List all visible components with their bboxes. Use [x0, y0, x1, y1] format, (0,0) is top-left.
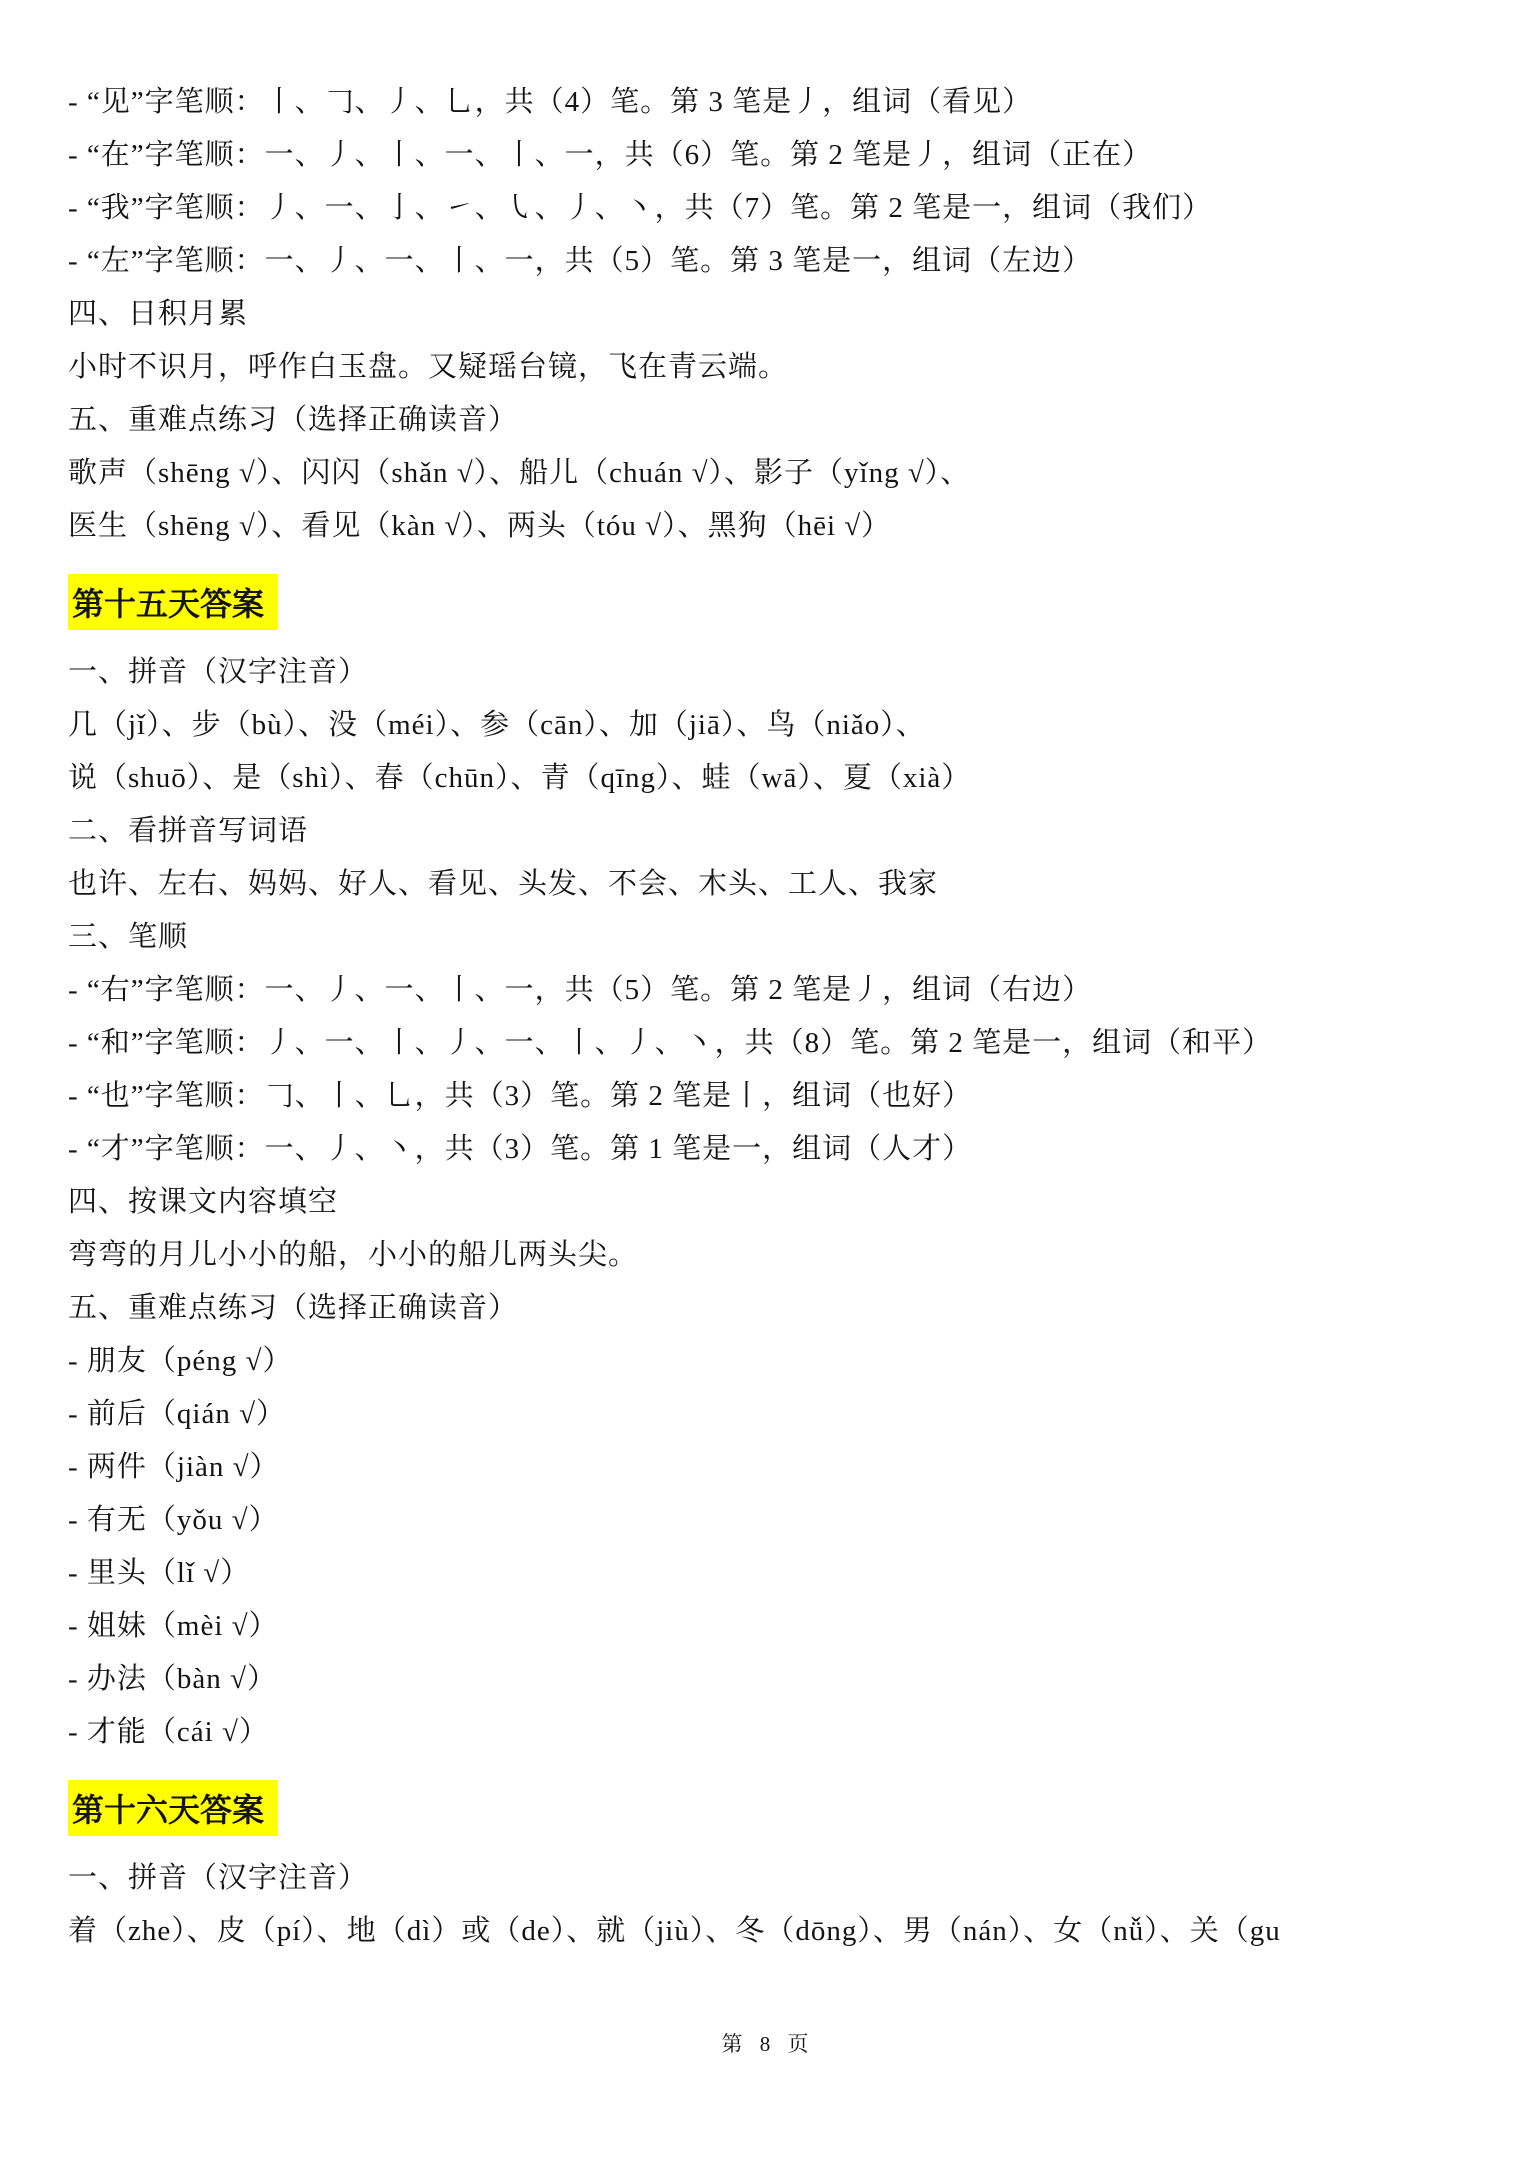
- pinyin-line: 说（shuō）、是（shì）、春（chūn）、青（qīng）、蛙（wā）、夏（x…: [68, 760, 1536, 796]
- stroke-order-line: - “右”字笔顺：一、丿、一、丨、一，共（5）笔。第 2 笔是丿，组词（右边）: [68, 972, 1536, 1008]
- pronunciation-item: - 才能（cái √）: [68, 1714, 1536, 1750]
- subsection-title: 五、重难点练习（选择正确读音）: [68, 1290, 1536, 1326]
- pronunciation-item: - 办法（bàn √）: [68, 1661, 1536, 1697]
- pronunciation-item: - 姐妹（mèi √）: [68, 1608, 1536, 1644]
- subsection-title: 三、笔顺: [68, 919, 1536, 955]
- stroke-order-line: - “见”字笔顺：丨、𠃌、丿、乚，共（4）笔。第 3 笔是丿，组词（看见）: [68, 84, 1536, 120]
- poem-line: 小时不识月，呼作白玉盘。又疑瑶台镜，飞在青云端。: [68, 349, 1536, 385]
- stroke-order-line: - “在”字笔顺：一、丿、丨、一、丨、一，共（6）笔。第 2 笔是丿，组词（正在…: [68, 137, 1536, 173]
- highlighted-heading-text: 第十五天答案: [68, 574, 278, 630]
- stroke-order-line: - “才”字笔顺：一、丿、丶，共（3）笔。第 1 笔是一，组词（人才）: [68, 1131, 1536, 1167]
- section-heading-day16: 第十六天答案: [68, 1780, 1536, 1836]
- subsection-title: 四、日积月累: [68, 296, 1536, 332]
- section-heading-day15: 第十五天答案: [68, 574, 1536, 630]
- page-number: 第 8 页: [0, 2028, 1536, 2058]
- subsection-title: 五、重难点练习（选择正确读音）: [68, 402, 1536, 438]
- subsection-title: 一、拼音（汉字注音）: [68, 654, 1536, 690]
- highlighted-heading-text: 第十六天答案: [68, 1780, 278, 1836]
- document-page: - “见”字笔顺：丨、𠃌、丿、乚，共（4）笔。第 3 笔是丿，组词（看见） - …: [0, 0, 1536, 2171]
- pinyin-line: 几（jǐ）、步（bù）、没（méi）、参（cān）、加（jiā）、鸟（niǎo）…: [68, 707, 1536, 743]
- stroke-order-line: - “和”字笔顺：丿、一、丨、丿、一、丨、丿、丶，共（8）笔。第 2 笔是一，组…: [68, 1025, 1536, 1061]
- stroke-order-line: - “左”字笔顺：一、丿、一、丨、一，共（5）笔。第 3 笔是一，组词（左边）: [68, 243, 1536, 279]
- subsection-title: 四、按课文内容填空: [68, 1184, 1536, 1220]
- fill-in-answer-line: 弯弯的月儿小小的船，小小的船儿两头尖。: [68, 1237, 1536, 1273]
- pronunciation-item: - 两件（jiàn √）: [68, 1449, 1536, 1485]
- pronunciation-item: - 有无（yǒu √）: [68, 1502, 1536, 1538]
- pronunciation-line: 医生（shēng √）、看见（kàn √）、两头（tóu √）、黑狗（hēi √…: [68, 508, 1536, 544]
- subsection-title: 二、看拼音写词语: [68, 813, 1536, 849]
- pronunciation-item: - 前后（qián √）: [68, 1396, 1536, 1432]
- subsection-title: 一、拼音（汉字注音）: [68, 1860, 1536, 1896]
- word-list-line: 也许、左右、妈妈、好人、看见、头发、不会、木头、工人、我家: [68, 866, 1536, 902]
- pronunciation-item: - 里头（lǐ √）: [68, 1555, 1536, 1591]
- stroke-order-line: - “我”字笔顺：丿、一、亅、㇀、㇂、丿、丶，共（7）笔。第 2 笔是一，组词（…: [68, 190, 1536, 226]
- pronunciation-item: - 朋友（péng √）: [68, 1343, 1536, 1379]
- stroke-order-line: - “也”字笔顺：𠃌、丨、乚，共（3）笔。第 2 笔是丨，组词（也好）: [68, 1078, 1536, 1114]
- pronunciation-line: 歌声（shēng √）、闪闪（shǎn √）、船儿（chuán √）、影子（yǐ…: [68, 455, 1536, 491]
- pinyin-line: 着（zhe）、皮（pí）、地（dì）或（de）、就（jiù）、冬（dōng）、男…: [68, 1913, 1536, 1949]
